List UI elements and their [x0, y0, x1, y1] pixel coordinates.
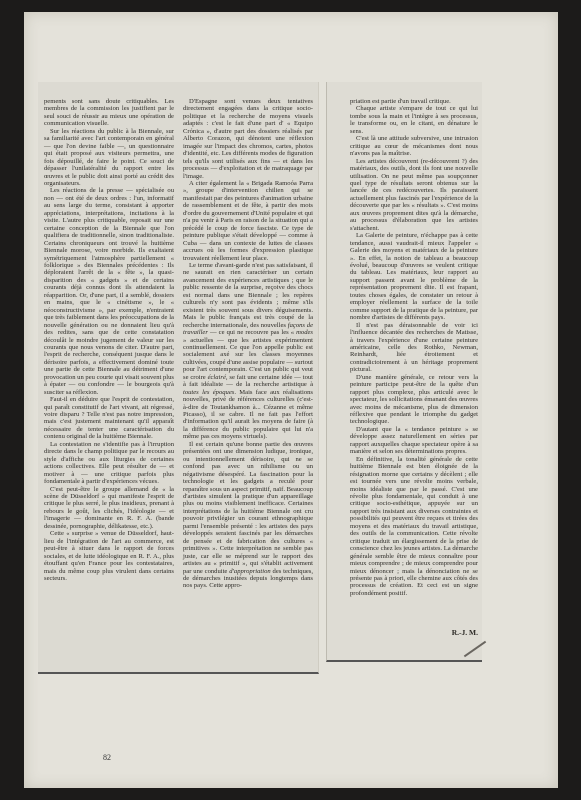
- article-paragraph: En définitive, la tonalité générale de c…: [350, 456, 478, 598]
- article-paragraph: priation est partie d'un travail critiqu…: [350, 98, 478, 105]
- article-paragraph: Sur les réactions du public à la Biennal…: [44, 128, 174, 188]
- article-paragraph: D'autant que la « tendance peinture » se…: [350, 426, 478, 456]
- article-paragraph: La contestation ne s'identifie pas à l'i…: [44, 441, 174, 486]
- article-paragraph: Faut-il en déduire que l'esprit de conte…: [44, 396, 174, 441]
- article-column-2: D'Espagne sont venues deux tentatives di…: [183, 98, 313, 590]
- article-column-3: priation est partie d'un travail critiqu…: [350, 98, 478, 597]
- article-paragraph: Il n'est pas déraisonnable de voir ici l…: [350, 322, 478, 374]
- article-paragraph: C'est peut-être le groupe allemand de « …: [44, 486, 174, 531]
- article-paragraph: Cette « surprise » venue de Düsseldorf, …: [44, 530, 174, 582]
- author-signature: R.-J. M.: [432, 628, 478, 637]
- article-paragraph: D'Espagne sont venues deux tentatives di…: [183, 98, 313, 180]
- article-paragraph: Les artistes découvrent (re-découvrent ?…: [350, 158, 478, 233]
- article-paragraph: C'est là une attitude subversive, une in…: [350, 135, 478, 157]
- article-column-1: pements sont sans doute critiquables. Le…: [44, 98, 174, 582]
- article-paragraph: La Galerie de peinture, n'échappe pas à …: [350, 232, 478, 321]
- article-paragraph: pements sont sans doute critiquables. Le…: [44, 98, 174, 128]
- article-paragraph: Chaque artiste s'empare de tout ce qui l…: [350, 105, 478, 135]
- page-number: 82: [103, 753, 111, 762]
- article-paragraph: A citer également la « Brigada Ramoóa Pa…: [183, 180, 313, 262]
- article-paragraph: Il est certain qu'une bonne partie des œ…: [183, 441, 313, 590]
- article-paragraph: D'une manière générale, ce retour vers l…: [350, 374, 478, 426]
- article-paragraph: Les réactions de la presse — spécialisée…: [44, 187, 174, 396]
- article-paragraph: Le terme d'avant-garde n'est pas satisfa…: [183, 262, 313, 441]
